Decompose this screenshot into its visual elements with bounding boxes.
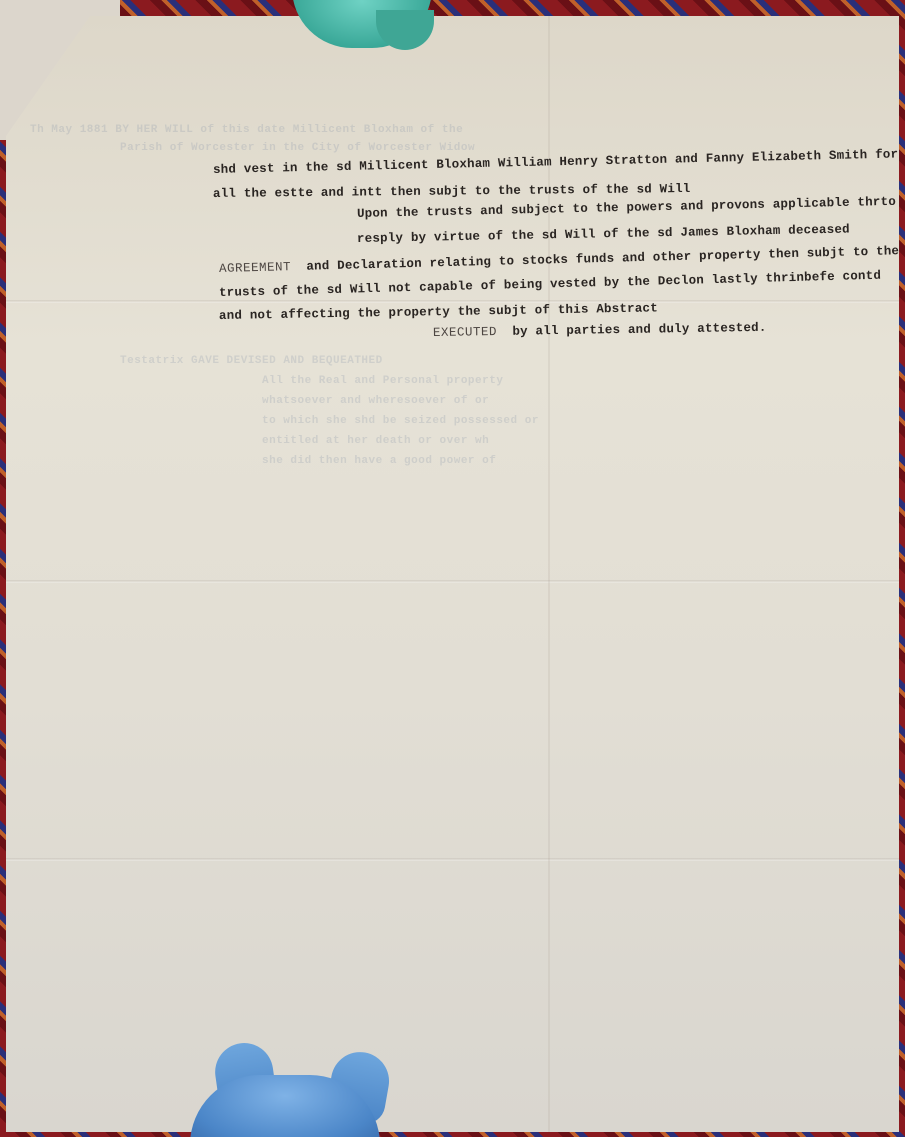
show-through-text: All the Real and Personal property bbox=[262, 375, 503, 387]
show-through-text: Th May 1881 BY HER WILL of this date Mil… bbox=[30, 124, 463, 136]
show-through-text: entitled at her death or over wh bbox=[262, 435, 489, 447]
document-page bbox=[6, 16, 899, 1132]
agreement-label: AGREEMENT bbox=[219, 260, 291, 276]
show-through-text: Testatrix GAVE DEVISED AND BEQUEATHED bbox=[120, 355, 383, 367]
show-through-text: Parish of Worcester in the City of Worce… bbox=[120, 142, 475, 154]
show-through-text: to which she shd be seized possessed or bbox=[262, 415, 539, 427]
fold-crease bbox=[6, 580, 899, 583]
show-through-text: whatsoever and wheresoever of or bbox=[262, 395, 489, 407]
show-through-text: she did then have a good power of bbox=[262, 455, 496, 467]
fold-crease bbox=[6, 300, 899, 303]
executed-label: EXECUTED bbox=[433, 325, 497, 340]
fold-crease bbox=[6, 858, 899, 861]
